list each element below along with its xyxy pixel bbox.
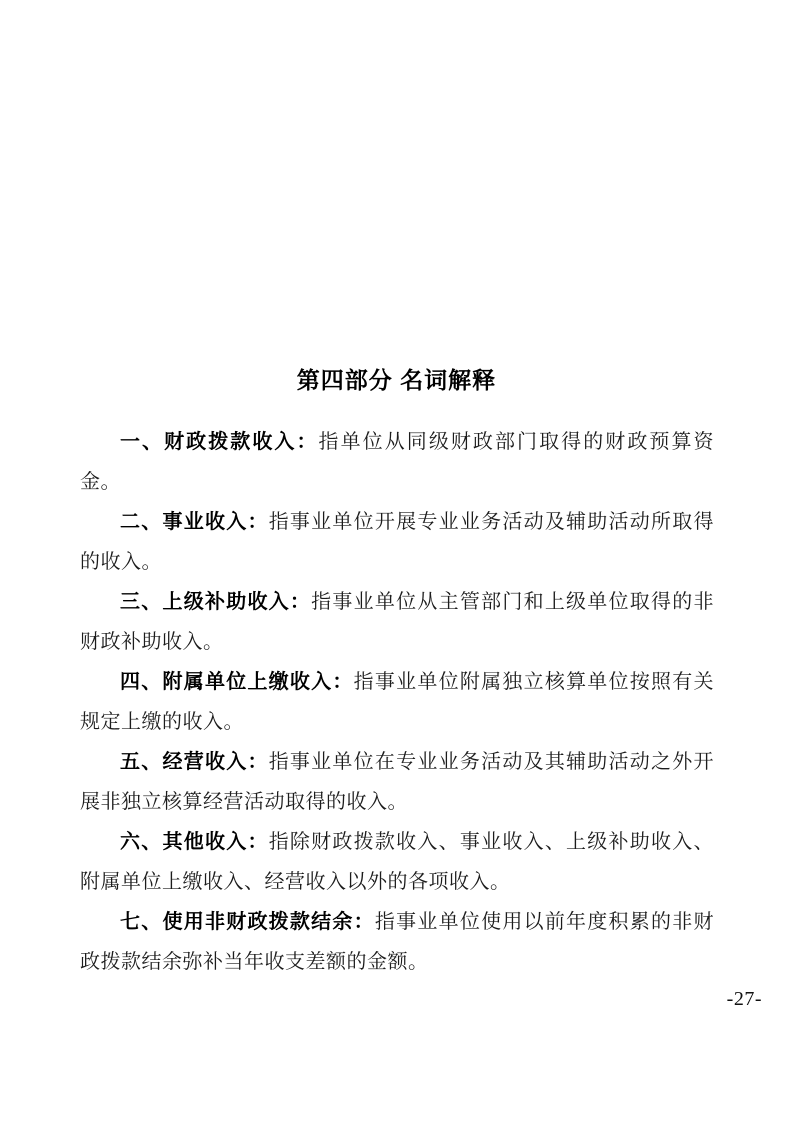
term-label: 五、经营收入： bbox=[120, 751, 269, 773]
glossary-item: 七、使用非财政拨款结余：指事业单位使用以前年度积累的非财政拨款结余弥补当年收支差… bbox=[80, 902, 714, 982]
glossary-item: 三、上级补助收入：指事业单位从主管部门和上级单位取得的非财政补助收入。 bbox=[80, 582, 714, 662]
term-label: 四、附属单位上缴收入： bbox=[120, 671, 354, 693]
glossary-item: 五、经营收入：指事业单位在专业业务活动及其辅助活动之外开展非独立核算经营活动取得… bbox=[80, 742, 714, 822]
term-label: 三、上级补助收入： bbox=[120, 591, 311, 613]
term-label: 二、事业收入： bbox=[120, 511, 269, 533]
glossary-item: 一、财政拨款收入：指单位从同级财政部门取得的财政预算资金。 bbox=[80, 422, 714, 502]
term-label: 七、使用非财政拨款结余： bbox=[120, 911, 375, 933]
glossary-item: 六、其他收入：指除财政拨款收入、事业收入、上级补助收入、附属单位上缴收入、经营收… bbox=[80, 822, 714, 902]
glossary-item: 二、事业收入：指事业单位开展专业业务活动及辅助活动所取得的收入。 bbox=[80, 502, 714, 582]
term-label: 一、财政拨款收入： bbox=[120, 431, 319, 453]
glossary-list: 一、财政拨款收入：指单位从同级财政部门取得的财政预算资金。 二、事业收入：指事业… bbox=[80, 422, 714, 982]
glossary-item: 四、附属单位上缴收入：指事业单位附属独立核算单位按照有关规定上缴的收入。 bbox=[80, 662, 714, 742]
document-page: 第四部分 名词解释 一、财政拨款收入：指单位从同级财政部门取得的财政预算资金。 … bbox=[0, 0, 793, 1122]
page-number: -27- bbox=[727, 988, 762, 1011]
term-label: 六、其他收入： bbox=[120, 831, 269, 853]
section-title: 第四部分 名词解释 bbox=[0, 362, 793, 395]
